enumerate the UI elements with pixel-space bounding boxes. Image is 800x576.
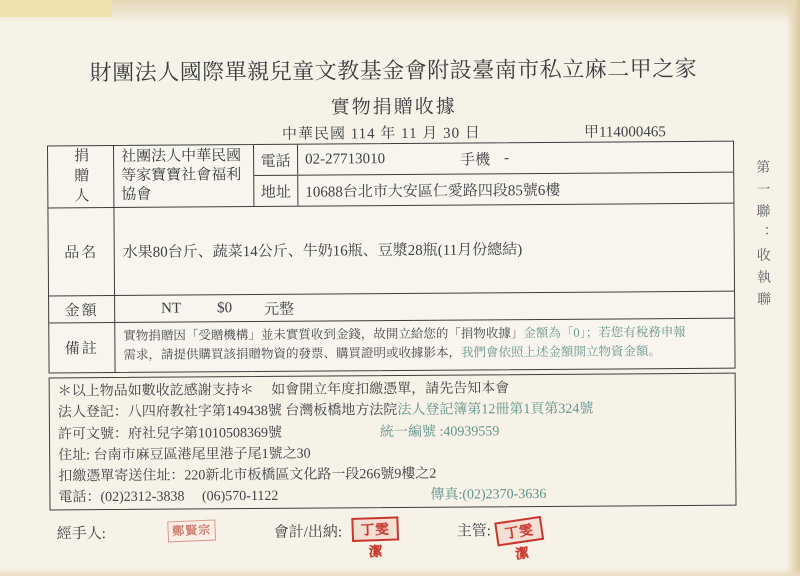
tax-id: 統一編號 :40939559: [380, 421, 500, 443]
remarks-row-label: 備註: [49, 323, 115, 372]
items-row: 品名 水果80台斤、蔬菜14公斤、牛奶16瓶、豆漿28瓶(11月份總結): [48, 203, 734, 296]
items-description: 水果80台斤、蔬菜14公斤、牛奶16瓶、豆漿28瓶(11月份總結): [114, 204, 734, 295]
receipt-table: 捐贈人 社團法人中華民國等家寶寶社會福利協會 電話 02-27713010 手機…: [47, 141, 736, 374]
registration-main: 法人登記：八四府教社字第149438號 台灣板橋地方法院: [58, 403, 398, 420]
remarks-text: 實物捐贈因「受贈機構」並未實質收到金錢，故開立給您的「捐物收據」金額為「0」；若…: [115, 319, 734, 372]
organization-info-box: ＊以上物品如數收訖感謝支持＊ 如會開立年度扣繳憑單，請先告知本會 法人登記：八四…: [49, 373, 737, 511]
address-value: 10688台北市大安區仁愛路四段85號6樓: [298, 178, 560, 201]
mobile-value: -: [504, 150, 509, 167]
organization-title: 財團法人國際單親兒童文教基金會附設臺南市私立麻二甲之家: [0, 51, 789, 88]
amount-currency: NT: [161, 300, 181, 317]
amount-number: $0: [217, 300, 232, 317]
receipt-serial-number: 甲114000465: [584, 120, 666, 142]
copy-label-vertical: 第一聯：收執聯: [751, 159, 772, 313]
document-title: 實物捐贈收據: [0, 89, 789, 122]
accountant-stamp: 丁雯潔: [351, 516, 399, 542]
donor-row: 捐贈人 社團法人中華民國等家寶寶社會福利協會 電話 02-27713010 手機…: [48, 142, 733, 208]
registration-faded: 法人登記簿第12冊第1頁第324號: [397, 402, 593, 418]
phone-number: 02-27713010: [305, 151, 385, 169]
remarks-line-2: 需求，請提供購買該捐贈物資的發票、購買證明或收據影本，我們會依照上述金額開立物資…: [123, 342, 728, 365]
donor-name: 社團法人中華民國等家寶寶社會福利協會: [114, 145, 254, 207]
accountant-label: 會計/出納:: [274, 520, 342, 541]
phone-value-cell: 02-27713010 手機 -: [298, 148, 509, 170]
amount-cell: NT $0 元整: [115, 292, 734, 322]
amount-unit: 元整: [264, 297, 294, 318]
amount-row-label: 金額: [49, 296, 115, 322]
permit-number: 許可文號：府社兒字第1010508369號: [58, 425, 282, 442]
remarks-line2-faded: 我們會依照上述金額開立物資金額。: [461, 344, 661, 359]
handler-stamp: 鄭賢宗: [167, 519, 216, 542]
supervisor-label: 主管:: [457, 519, 491, 540]
remarks-line1-main: 實物捐贈因「受贈機構」並未實質收到金錢，故開立給您的「捐物收據」: [123, 326, 523, 343]
signature-row: 經手人: 鄭賢宗 會計/出納: 丁雯潔 主管: 丁雯潔: [50, 512, 750, 565]
phone-label: 電話: [254, 145, 298, 175]
donor-row-label: 捐贈人: [48, 146, 114, 207]
supervisor-stamp: 丁雯潔: [494, 516, 544, 547]
donor-address-subrow: 地址 10688台北市大安區仁愛路四段85號6樓: [254, 172, 733, 206]
address-label: 地址: [254, 176, 298, 206]
remarks-line2-main: 需求，請提供購買該捐贈物資的發票、購買證明或收據影本，: [123, 346, 461, 362]
remarks-row: 備註 實物捐贈因「受贈機構」並未實質收到金錢，故開立給您的「捐物收據」金額為「0…: [49, 318, 734, 373]
phone-fax-line: 電話：(02)2312-3838 (06)570-1122 傳真:(02)237…: [58, 483, 727, 509]
amount-row: 金額 NT $0 元整: [49, 291, 734, 323]
handler-label: 經手人:: [57, 522, 106, 543]
org-fax: 傳真:(02)2370-3636: [430, 484, 546, 506]
remarks-line1-faded: 金額為「0」；若您有稅務申報: [523, 325, 686, 340]
roc-date: 中華民國 114 年 11 月 30 日: [282, 121, 481, 143]
donor-contact-cell: 電話 02-27713010 手機 - 地址 10688台北市大安區仁愛路四段8…: [254, 142, 733, 206]
mobile-label: 手機: [460, 148, 490, 169]
donor-phone-subrow: 電話 02-27713010 手機 -: [254, 142, 733, 175]
org-phones: 電話：(02)2312-3838 (06)570-1122: [58, 489, 278, 506]
items-row-label: 品名: [48, 208, 115, 295]
receipt-sheet: 財團法人國際單親兒童文教基金會附設臺南市私立麻二甲之家 實物捐贈收據 中華民國 …: [0, 0, 800, 576]
